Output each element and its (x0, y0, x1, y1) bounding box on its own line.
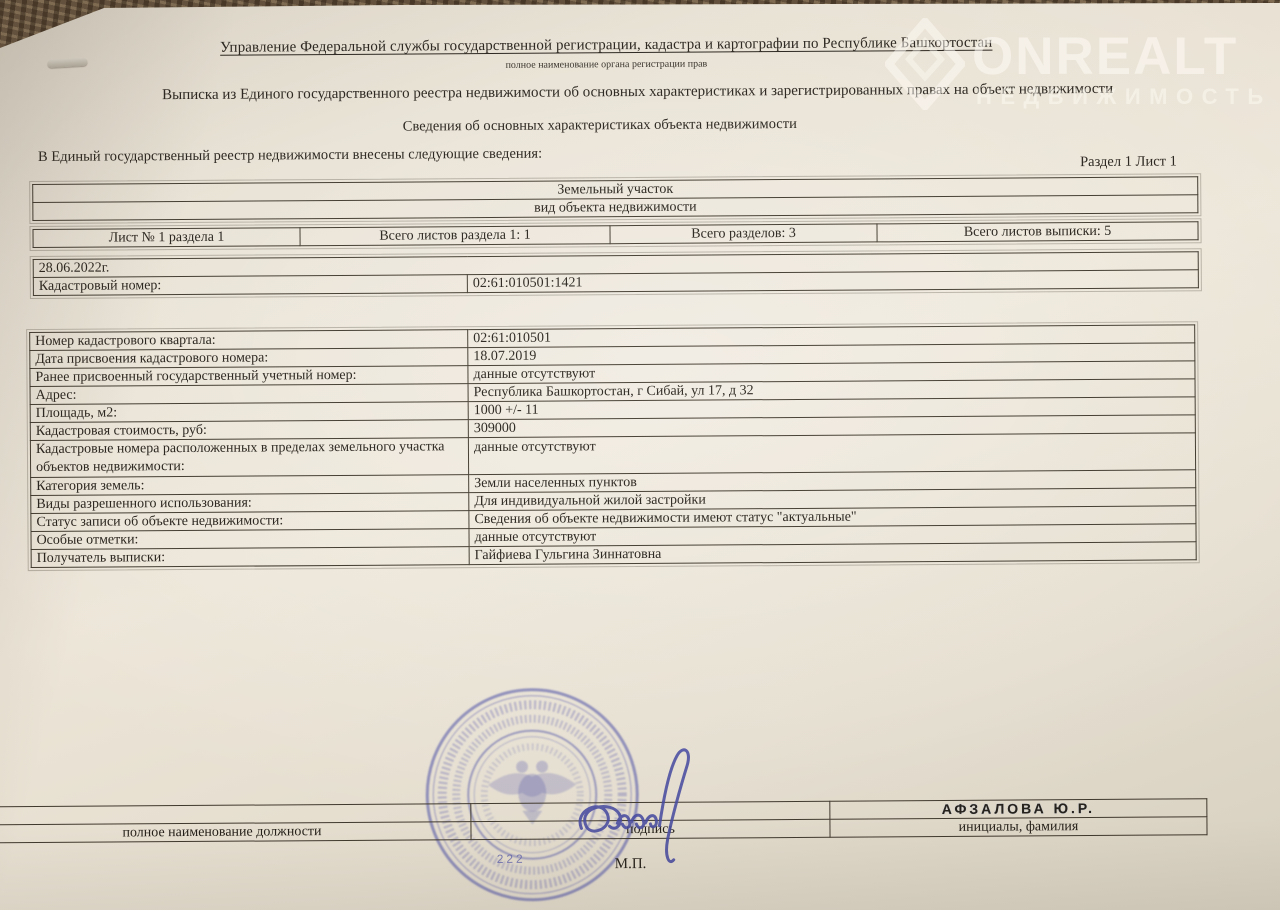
document-title: Выписка из Единого государственного реес… (3, 80, 1273, 105)
table-row: Лист № 1 раздела 1 Всего листов раздела … (33, 222, 1198, 248)
sheet-info-cell: Всего листов выписки: 5 (877, 222, 1198, 242)
handwritten-signature (567, 727, 728, 868)
cadastral-number-label: Кадастровый номер: (33, 275, 467, 296)
issue-table: 28.06.2022г. Кадастровый номер: 02:61:01… (33, 251, 1199, 296)
section-sheet-label: Раздел 1 Лист 1 (1080, 153, 1177, 171)
authority-caption: полное наименование органа регистрации п… (0, 55, 1215, 74)
document-subtitle: Сведения об основных характеристиках объ… (0, 113, 1202, 138)
cadastral-number-value: 02:61:010501:1421 (467, 270, 1198, 293)
seal-number: 222 (497, 852, 526, 866)
position-caption: полное наименование должности (0, 822, 471, 843)
sheet-info-cell: Всего листов раздела 1: 1 (300, 226, 610, 246)
sheet-info-cell: Лист № 1 раздела 1 (33, 228, 300, 248)
details-table: Номер кадастрового квартала: 02:61:01050… (29, 324, 1197, 568)
detail-value: данные отсутствуют (468, 433, 1195, 475)
authority-name: Управление Федеральной службы государств… (0, 33, 1215, 58)
detail-label: Кадастровые номера расположенных в преде… (30, 438, 468, 478)
object-type-table: Земельный участок вид объекта недвижимос… (32, 176, 1198, 221)
detail-label: Получатель выписки: (31, 547, 469, 568)
initials-caption: инициалы, фамилия (830, 817, 1207, 837)
document-page: Управление Федеральной службы государств… (0, 0, 1280, 910)
sheet-info-table: Лист № 1 раздела 1 Всего листов раздела … (32, 221, 1198, 248)
detail-value: Гайфиева Гульгина Зиннатовна (469, 542, 1196, 565)
sheet-info-cell: Всего разделов: 3 (610, 224, 877, 244)
intro-line: В Единый государственный реестр недвижим… (38, 146, 542, 166)
document-content: Управление Федеральной службы государств… (0, 0, 1280, 910)
